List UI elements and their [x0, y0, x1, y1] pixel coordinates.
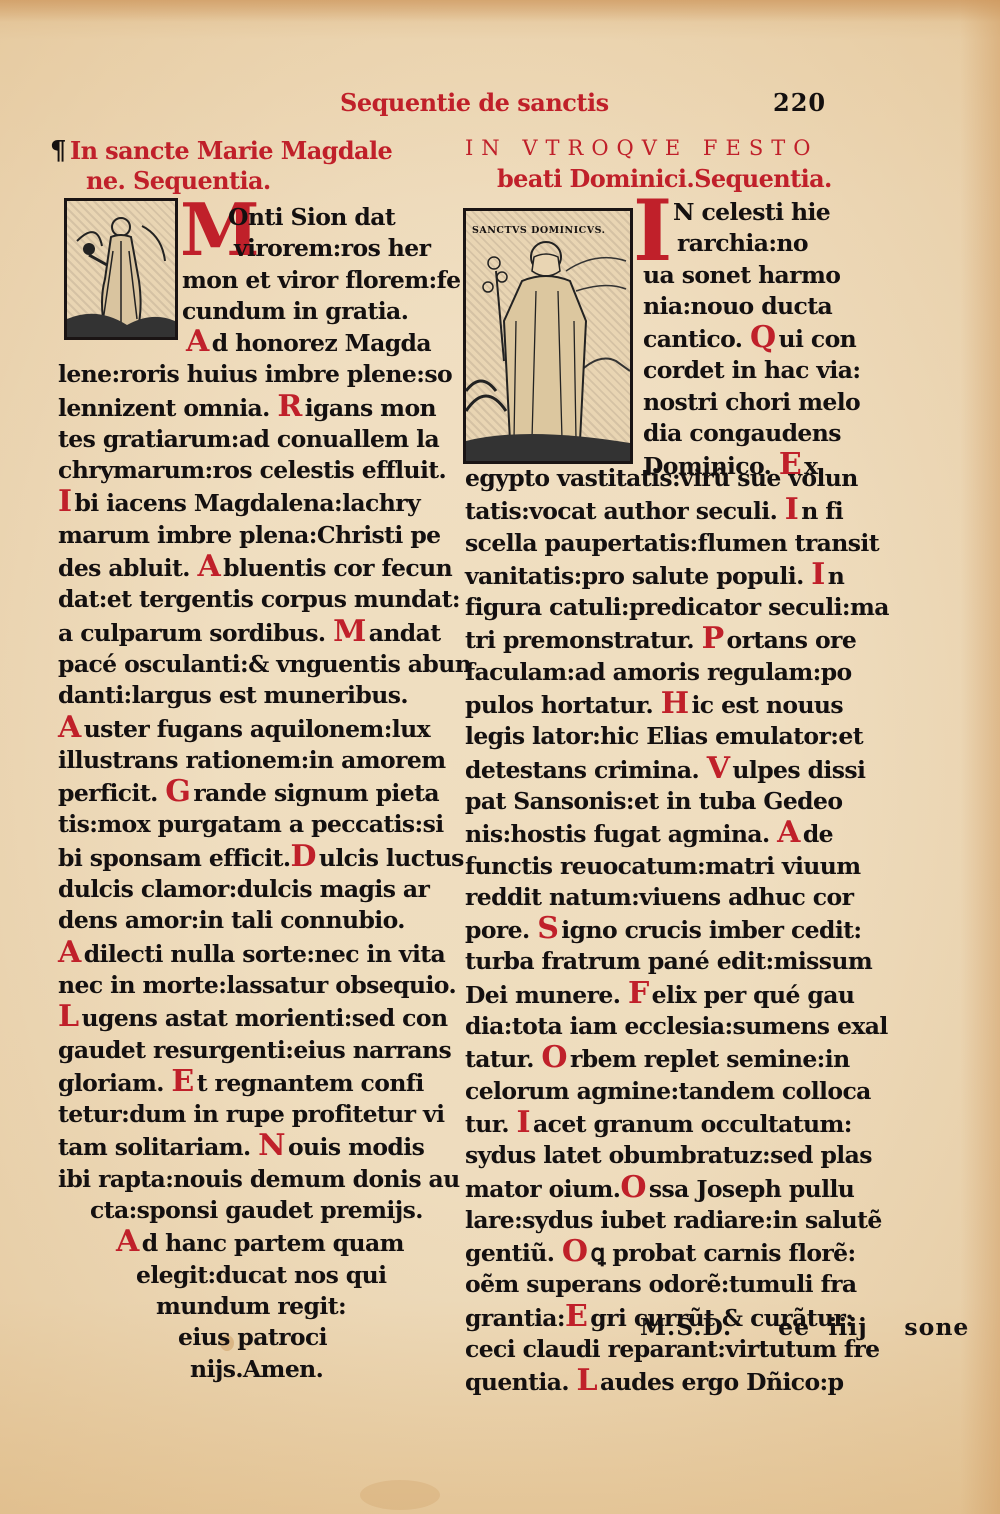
rubric-initial: M	[333, 616, 366, 647]
left-body-text: Ad honorez Magda lene:roris huius imbre …	[58, 326, 453, 1385]
text-line: danti:largus est muneribus.	[58, 680, 453, 711]
text-line: dulcis clamor:dulcis magis ar	[58, 874, 453, 905]
text-line: nia:nouo ducta	[643, 291, 855, 322]
line-text: bi iacens Magdalena:lachry	[74, 489, 420, 517]
rubric-initial: S	[537, 913, 558, 944]
text-line: pat Sansonis:et in tuba Gedeo	[465, 786, 855, 817]
line-text: rande signum pieta	[193, 779, 439, 807]
text-line: egypto vastitatis:virũ sue volun	[465, 463, 855, 494]
signature-catchword: M.S.D. ee iiij sone	[640, 1313, 969, 1341]
rubric-initial: A	[116, 1226, 139, 1257]
text-beside-woodcut: Onti Sion dat virorem:ros her mon et vir…	[182, 202, 454, 327]
text-line: nijs.Amen.	[58, 1354, 453, 1385]
line-text: des abluit.	[58, 554, 190, 582]
line-text: audes ergo Dñico:p	[600, 1368, 843, 1396]
line-text: pulos hortatur.	[465, 691, 653, 719]
heading-line: In sancte Marie Magdale	[70, 136, 392, 165]
text-line: dat:et tergentis corpus mundat:	[58, 584, 453, 615]
text-line: dia congaudens	[643, 418, 855, 449]
line-text: tri premonstratur.	[465, 626, 694, 654]
line-text: andat	[369, 619, 441, 647]
text-line: gentiũ. Oꝗ probat carnis florẽ:	[465, 1236, 855, 1269]
left-column: ¶In sancte Marie Magdale ne. Sequentia. …	[58, 136, 453, 196]
text-line: tis:mox purgatam a peccatis:si	[58, 809, 453, 840]
rubric-initial: I	[811, 559, 824, 590]
line-text: gentiũ.	[465, 1239, 554, 1267]
text-line: figura catuli:predicator seculi:ma	[465, 592, 855, 623]
line-text: ui con	[779, 325, 857, 353]
text-line: lene:roris huius imbre plene:so	[58, 359, 453, 390]
text-line: nec in morte:lassatur obsequio.	[58, 970, 453, 1001]
rubric-initial: V	[707, 753, 730, 784]
line-text: ꝗ probat carnis florẽ:	[590, 1239, 855, 1267]
text-line: detestans crimina. Vulpes dissi	[465, 753, 855, 786]
text-line: tes gratiarum:ad conuallem la	[58, 424, 453, 455]
right-heading-caps: IN VTROQVE FESTO	[465, 133, 855, 164]
text-line: sydus latet obumbratuz:sed plas	[465, 1140, 855, 1171]
text-line: faculam:ad amoris regulam:po	[465, 657, 855, 688]
text-line: lennizent omnia. Rigans mon	[58, 391, 453, 424]
folio-number: 220	[773, 88, 826, 117]
line-text: ulpes dissi	[732, 756, 865, 784]
running-head: Sequentie de sanctis	[340, 88, 609, 117]
text-line: nis:hostis fugat agmina. Ade	[465, 817, 855, 850]
rubric-initial: A	[58, 712, 81, 743]
rubric-initial: L	[58, 1001, 79, 1032]
line-text: bi sponsam efficit.	[58, 844, 290, 872]
magdalene-woodcut-image	[64, 198, 178, 340]
text-line: Ibi iacens Magdalena:lachry	[58, 486, 453, 519]
rubric-initial: N	[258, 1130, 285, 1161]
rubric-initial: I	[517, 1107, 530, 1138]
rubric-initial: E	[565, 1301, 587, 1332]
pilcrow-icon: ¶	[50, 136, 66, 166]
right-column: IN VTROQVE FESTO beati Dominici.Sequenti…	[465, 133, 855, 194]
line-text: d honorez Magda	[212, 329, 431, 357]
line-text: elix per qué gau	[652, 981, 855, 1009]
line-text: t regnantem confi	[197, 1069, 424, 1097]
text-line: cordet in hac via:	[643, 355, 855, 386]
rubric-initial: I	[58, 486, 71, 517]
text-line: pore. Signo crucis imber cedit:	[465, 913, 855, 946]
text-line: elegit:ducat nos qui	[58, 1260, 453, 1291]
text-line: N celesti hie	[643, 197, 855, 228]
text-line: pacé osculanti:& vnguentis abun	[58, 649, 453, 680]
paper-stain	[360, 1480, 440, 1510]
text-line: gloriam. Et regnantem confi	[58, 1066, 453, 1099]
text-line: virorem:ros her	[182, 233, 454, 264]
text-line: functis reuocatum:matri viuum	[465, 851, 855, 882]
rubric-initial: R	[277, 391, 301, 422]
line-text: mator oium.	[465, 1175, 620, 1203]
line-text: bluentis cor fecun	[223, 554, 452, 582]
text-line: Auster fugans aquilonem:lux	[58, 712, 453, 745]
line-text: lennizent omnia.	[58, 394, 270, 422]
line-text: de	[803, 820, 833, 848]
line-text: ulcis luctus	[319, 844, 464, 872]
rubric-initial: Q	[750, 322, 776, 353]
rubric-initial: H	[661, 688, 689, 719]
manuscript-page: Sequentie de sanctis 220 ¶In sancte Mari…	[0, 0, 1000, 1514]
line-text: d hanc partem quam	[142, 1229, 404, 1257]
text-line: bi sponsam efficit.Dulcis luctus	[58, 841, 453, 874]
text-line: vanitatis:pro salute populi. In	[465, 559, 855, 592]
text-line: Dei munere. Felix per qué gau	[465, 978, 855, 1011]
line-text: perficit.	[58, 779, 158, 807]
text-line: celorum agmine:tandem colloca	[465, 1076, 855, 1107]
line-text: cantico.	[643, 325, 742, 353]
text-line: quentia. Laudes ergo Dñico:p	[465, 1365, 855, 1398]
text-line: Adilecti nulla sorte:nec in vita	[58, 937, 453, 970]
rubric-initial: A	[777, 817, 800, 848]
line-text: tur.	[465, 1110, 509, 1138]
line-text: ugens astat morienti:sed con	[82, 1004, 448, 1032]
line-text: tatis:vocat author seculi.	[465, 497, 777, 525]
line-text: ortans ore	[727, 626, 857, 654]
line-text: igans mon	[305, 394, 436, 422]
text-line: Ad hanc partem quam	[58, 1226, 453, 1259]
line-text: grantia:	[465, 1304, 565, 1332]
text-line: cantico. Qui con	[643, 322, 855, 355]
rubric-initial: G	[165, 776, 190, 807]
text-line: scella paupertatis:flumen transit	[465, 528, 855, 559]
saint-figure-icon	[67, 201, 175, 337]
line-text: Dei munere.	[465, 981, 620, 1009]
line-text: quentia.	[465, 1368, 569, 1396]
text-line: mon et viror florem:fe	[182, 265, 454, 296]
line-text: detestans crimina.	[465, 756, 699, 784]
text-line: chrymarum:ros celestis effluit.	[58, 455, 453, 486]
rubric-initial: F	[628, 978, 649, 1009]
text-line: ibi rapta:nouis demum donis au	[58, 1164, 453, 1195]
text-line: tam solitariam. Nouis modis	[58, 1130, 453, 1163]
line-text: dilecti nulla sorte:nec in vita	[84, 940, 446, 968]
text-line: tatur. Orbem replet semine:in	[465, 1042, 855, 1075]
text-line: mator oium.Ossa Joseph pullu	[465, 1172, 855, 1205]
saint-dominic-woodcut-image: SANCTVS DOMINICVS.	[463, 208, 633, 464]
rubric-initial: A	[58, 937, 81, 968]
rubric-initial: O	[541, 1042, 567, 1073]
line-text: vanitatis:pro salute populi.	[465, 562, 804, 590]
rubric-initial: O	[620, 1172, 646, 1203]
rubric-initial: E	[171, 1066, 193, 1097]
text-line: tatis:vocat author seculi. In fi	[465, 494, 855, 527]
right-body-text: egypto vastitatis:virũ sue volun tatis:v…	[465, 463, 855, 1399]
line-text: nis:hostis fugat agmina.	[465, 820, 770, 848]
text-beside-woodcut: N celesti hie rarchia:no ua sonet harmo …	[643, 197, 855, 483]
text-line: tur. Iacet granum occultatum:	[465, 1107, 855, 1140]
line-text: ic est nouus	[691, 691, 843, 719]
text-line: tetur:dum in rupe profitetur vi	[58, 1099, 453, 1130]
line-text: uster fugans aquilonem:lux	[84, 715, 430, 743]
rubric-initial: D	[290, 841, 315, 872]
text-line: dens amor:in tali connubio.	[58, 905, 453, 936]
rubric-initial: L	[577, 1365, 598, 1396]
text-line: a culparum sordibus. Mandat	[58, 616, 453, 649]
line-text: tam solitariam.	[58, 1133, 251, 1161]
line-text: ouis modis	[288, 1133, 424, 1161]
text-line: lare:sydus iubet radiare:in salutẽ	[465, 1205, 855, 1236]
line-text: tatur.	[465, 1045, 534, 1073]
text-line: mundum regit:	[58, 1291, 453, 1322]
text-line: ua sonet harmo	[643, 260, 855, 291]
line-text: igno crucis imber cedit:	[561, 916, 861, 944]
text-line: Ad honorez Magda	[58, 326, 453, 359]
line-text: ssa Joseph pullu	[649, 1175, 854, 1203]
line-text: a culparum sordibus.	[58, 619, 325, 647]
line-text: gloriam.	[58, 1069, 164, 1097]
text-line: illustrans rationem:in amorem	[58, 745, 453, 776]
text-line: reddit natum:viuens adhuc cor	[465, 882, 855, 913]
text-line: gaudet resurgenti:eius narrans	[58, 1035, 453, 1066]
rubric-initial: I	[785, 494, 798, 525]
text-line: eius patroci	[58, 1322, 453, 1353]
text-line: tri premonstratur. Portans ore	[465, 623, 855, 656]
rubric-initial: A	[186, 326, 209, 357]
text-line: cundum in gratia.	[182, 296, 454, 327]
text-line: pulos hortatur. Hic est nouus	[465, 688, 855, 721]
text-line: marum imbre plena:Christi pe	[58, 520, 453, 551]
line-text: rbem replet semine:in	[570, 1045, 850, 1073]
text-line: rarchia:no	[643, 228, 855, 259]
text-line: turba fratrum pané edit:missum	[465, 946, 855, 977]
saint-dominic-figure-icon	[466, 211, 630, 461]
text-line: cta:sponsi gaudet premijs.	[58, 1195, 453, 1226]
text-line: legis lator:hic Elias emulator:et	[465, 721, 855, 752]
rubric-initial: P	[702, 623, 724, 654]
rubric-initial: A	[197, 551, 220, 582]
line-text: n fi	[801, 497, 843, 525]
rubric-initial: O	[562, 1236, 588, 1267]
text-line: Onti Sion dat	[182, 202, 454, 233]
text-line: nostri chori melo	[643, 387, 855, 418]
woodcut-caption: SANCTVS DOMINICVS.	[472, 215, 605, 246]
line-text: pore.	[465, 916, 530, 944]
line-text: acet granum occultatum:	[533, 1110, 852, 1138]
text-line: perficit. Grande signum pieta	[58, 776, 453, 809]
text-line: des abluit. Abluentis cor fecun	[58, 551, 453, 584]
text-line: dia:tota iam ecclesia:sumens exal	[465, 1011, 855, 1042]
line-text: n	[828, 562, 845, 590]
text-line: oẽm superans odorẽ:tumuli fra	[465, 1269, 855, 1300]
text-line: Lugens astat morienti:sed con	[58, 1001, 453, 1034]
